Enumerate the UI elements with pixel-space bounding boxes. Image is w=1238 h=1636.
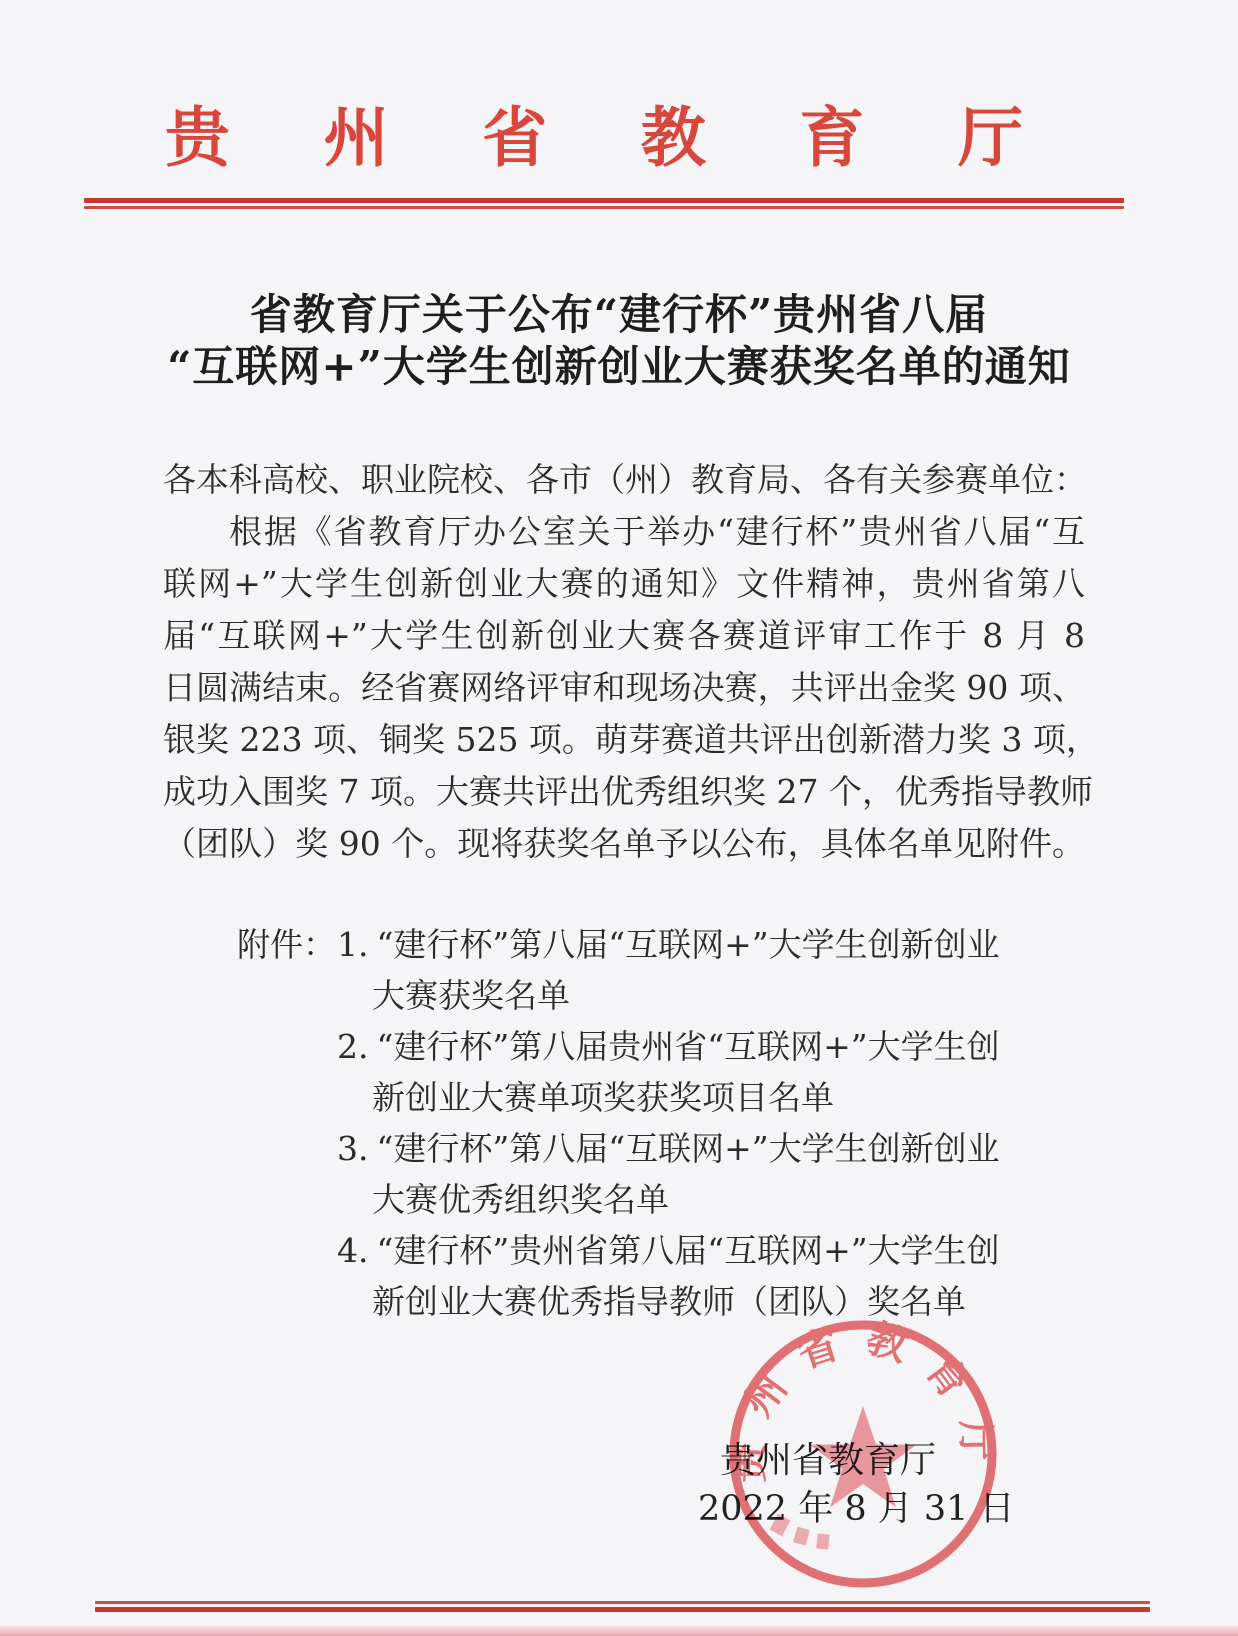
letterhead-rule-thin [84, 206, 1124, 209]
attachment-item-1-line2: 大赛获奖名单 [372, 974, 570, 1018]
attachment-item-3-number: 3. [337, 1129, 369, 1168]
body-paragraph-line: 届“互联网+”大学生创新创业大赛各赛道评审工作于 8 月 8 [163, 614, 1085, 658]
body-paragraph-line: 根据《省教育厅办公室关于举办“建行杯”贵州省八届“互 [163, 510, 1085, 554]
seal-star-icon [810, 1406, 917, 1507]
attachment-item-2-line2: 新创业大赛单项奖获奖项目名单 [372, 1076, 834, 1120]
attachment-item-4-text: “建行杯”贵州省第八届“互联网+”大学生创 [377, 1231, 1000, 1270]
body-paragraph-line: 成功入围奖 7 项。大赛共评出优秀组织奖 27 个，优秀指导教师 [163, 770, 1085, 814]
attachment-item-1-number: 1. [337, 925, 369, 964]
body-paragraph-line: 日圆满结束。经省赛网络评审和现场决赛，共评出金奖 90 项、 [163, 666, 1085, 710]
attachment-item-4-number: 4. [337, 1231, 369, 1270]
document-title-line2: “互联网+”大学生创新创业大赛获奖名单的通知 [0, 343, 1238, 391]
attachment-item-2-line1: 2.“建行杯”第八届贵州省“互联网+”大学生创 [337, 1025, 1000, 1069]
document-title-line1: 省教育厅关于公布“建行杯”贵州省八届 [0, 291, 1238, 339]
footer-rule-thick [95, 1607, 1150, 1612]
scan-edge-artifact [0, 1626, 1238, 1636]
letterhead-rule-thick [84, 198, 1124, 203]
footer-rule-thin [95, 1601, 1150, 1604]
document-page: 贵州省教育厅 省教育厅关于公布“建行杯”贵州省八届 “互联网+”大学生创新创业大… [0, 0, 1238, 1636]
seal-bottom-marks [770, 1514, 830, 1550]
attachment-item-3-line1: 3.“建行杯”第八届“互联网+”大学生创新创业 [337, 1127, 1000, 1171]
body-paragraph-line: 联网+”大学生创新创业大赛的通知》文件精神，贵州省第八 [163, 562, 1085, 606]
salutation-line: 各本科高校、职业院校、各市（州）教育局、各有关参赛单位： [163, 458, 1085, 502]
attachment-item-1-text: “建行杯”第八届“互联网+”大学生创新创业 [377, 925, 1000, 964]
attachment-item-2-number: 2. [337, 1027, 369, 1066]
attachments-label: 附件： [237, 923, 336, 967]
attachment-item-3-text: “建行杯”第八届“互联网+”大学生创新创业 [377, 1129, 1000, 1168]
official-seal-icon: 贵州省教育厅 [721, 1312, 1005, 1596]
attachment-item-4-line1: 4.“建行杯”贵州省第八届“互联网+”大学生创 [337, 1229, 1000, 1273]
body-paragraph-line: 银奖 223 项、铜奖 525 项。萌芽赛道共评出创新潜力奖 3 项， [163, 718, 1085, 762]
attachment-item-2-text: “建行杯”第八届贵州省“互联网+”大学生创 [377, 1027, 1000, 1066]
letterhead-agency-title: 贵州省教育厅 [165, 100, 1023, 176]
body-paragraph-line: （团队）奖 90 个。现将获奖名单予以公布，具体名单见附件。 [163, 822, 1085, 866]
attachment-item-3-line2: 大赛优秀组织奖名单 [372, 1178, 669, 1222]
attachment-item-1-line1: 1.“建行杯”第八届“互联网+”大学生创新创业 [337, 923, 1000, 967]
